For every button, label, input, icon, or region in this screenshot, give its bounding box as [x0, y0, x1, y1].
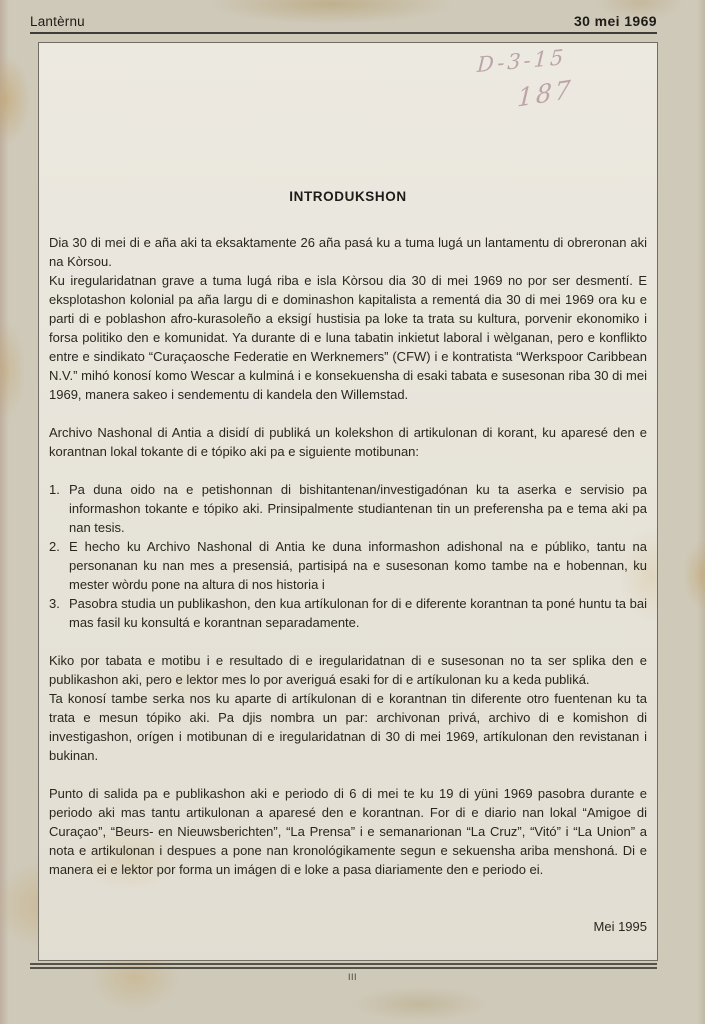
motive-paragraph-2: Ta konosí tambe serka nos ku aparte di a… — [49, 689, 647, 765]
list-item-number: 3. — [49, 594, 69, 632]
header-rule — [30, 32, 657, 34]
list-item: 3. Pasobra studia un publikashon, den ku… — [49, 594, 647, 632]
reasons-list: 1. Pa duna oido na e petishonnan di bish… — [49, 480, 647, 632]
list-item-text: Pa duna oido na e petishonnan di bishita… — [69, 480, 647, 537]
page-number: III — [0, 972, 705, 982]
handwritten-code: D-3-15 — [477, 45, 567, 77]
document-content: INTRODUKSHON Dia 30 di mei di e aña aki … — [49, 187, 647, 936]
page-header: Lantèrnu 30 mei 1969 — [30, 13, 657, 29]
list-item-number: 2. — [49, 537, 69, 594]
motive-paragraph-1: Kiko por tabata e motibu i e resultado d… — [49, 651, 647, 689]
document-title: INTRODUKSHON — [49, 187, 647, 206]
list-item: 1. Pa duna oido na e petishonnan di bish… — [49, 480, 647, 537]
intro-paragraph-line-2: Ku iregularidatnan grave a tuma lugá rib… — [49, 271, 647, 404]
list-item-text: Pasobra studia un publikashon, den kua a… — [69, 594, 647, 632]
document-frame: D-3-15 187 INTRODUKSHON Dia 30 di mei di… — [38, 42, 658, 961]
scanned-document-page: Lantèrnu 30 mei 1969 D-3-15 187 INTRODUK… — [0, 0, 705, 1024]
collection-paragraph: Archivo Nashonal di Antia a disidí di pu… — [49, 423, 647, 461]
list-item: 2. E hecho ku Archivo Nashonal di Antia … — [49, 537, 647, 594]
header-date: 30 mei 1969 — [574, 13, 657, 29]
footer-double-rule — [30, 963, 657, 969]
date-signature: Mei 1995 — [49, 917, 647, 936]
intro-paragraph-line-1: Dia 30 di mei di e aña aki ta eksaktamen… — [49, 233, 647, 271]
list-item-number: 1. — [49, 480, 69, 537]
closing-paragraph: Punto di salida pa e publikashon aki e p… — [49, 784, 647, 879]
list-item-text: E hecho ku Archivo Nashonal di Antia ke … — [69, 537, 647, 594]
handwritten-number: 187 — [517, 74, 575, 112]
publication-name: Lantèrnu — [30, 14, 85, 29]
